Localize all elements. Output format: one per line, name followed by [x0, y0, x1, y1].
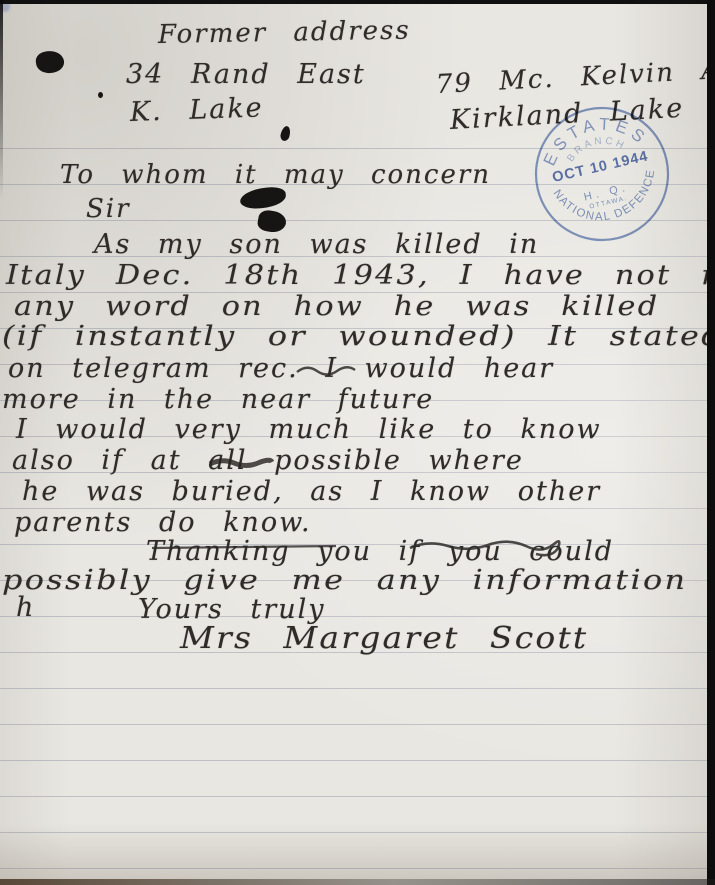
body-line: also if at all possible where: [12, 446, 524, 476]
former-address-street: 34 Rand East: [126, 60, 366, 90]
body-line: parents do know.: [14, 508, 312, 538]
salutation-sir: Sir: [86, 194, 131, 224]
former-address-heading: Former address: [158, 16, 411, 50]
scan-edge-bottom: [0, 879, 715, 885]
scan-edge-top: [0, 0, 715, 4]
body-line: more in the near future: [2, 385, 434, 415]
ink-drop: [279, 125, 291, 142]
scan-edge-left: [0, 0, 3, 200]
salutation-line: To whom it may concern: [60, 160, 491, 190]
body-line: any word on how he was killed: [14, 292, 659, 322]
body-line: on telegram rec. I would hear: [8, 354, 554, 384]
body-line: Italy Dec. 18th 1943, I have not rec: [6, 261, 715, 291]
body-line: (if instantly or wounded) It stated: [2, 322, 715, 352]
former-address-town: K. Lake: [129, 93, 264, 128]
body-line: he was buried, as I know other: [22, 477, 601, 507]
body-line: possibly give me any information: [2, 566, 687, 596]
stamp-date: OCT 10 1944: [551, 148, 650, 186]
body-line: Thanking you if you could: [146, 537, 614, 567]
ink-speck: [98, 92, 103, 98]
signature: Mrs Margaret Scott: [180, 624, 588, 654]
body-line: As my son was killed in: [94, 230, 539, 260]
letter-scan: Former address 34 Rand East K. Lake 79 M…: [0, 0, 715, 885]
stray-pen-mark: h: [16, 593, 35, 623]
scan-edge-right: [707, 0, 715, 885]
body-line: I would very much like to know: [16, 415, 602, 445]
ink-blot: [35, 49, 66, 75]
